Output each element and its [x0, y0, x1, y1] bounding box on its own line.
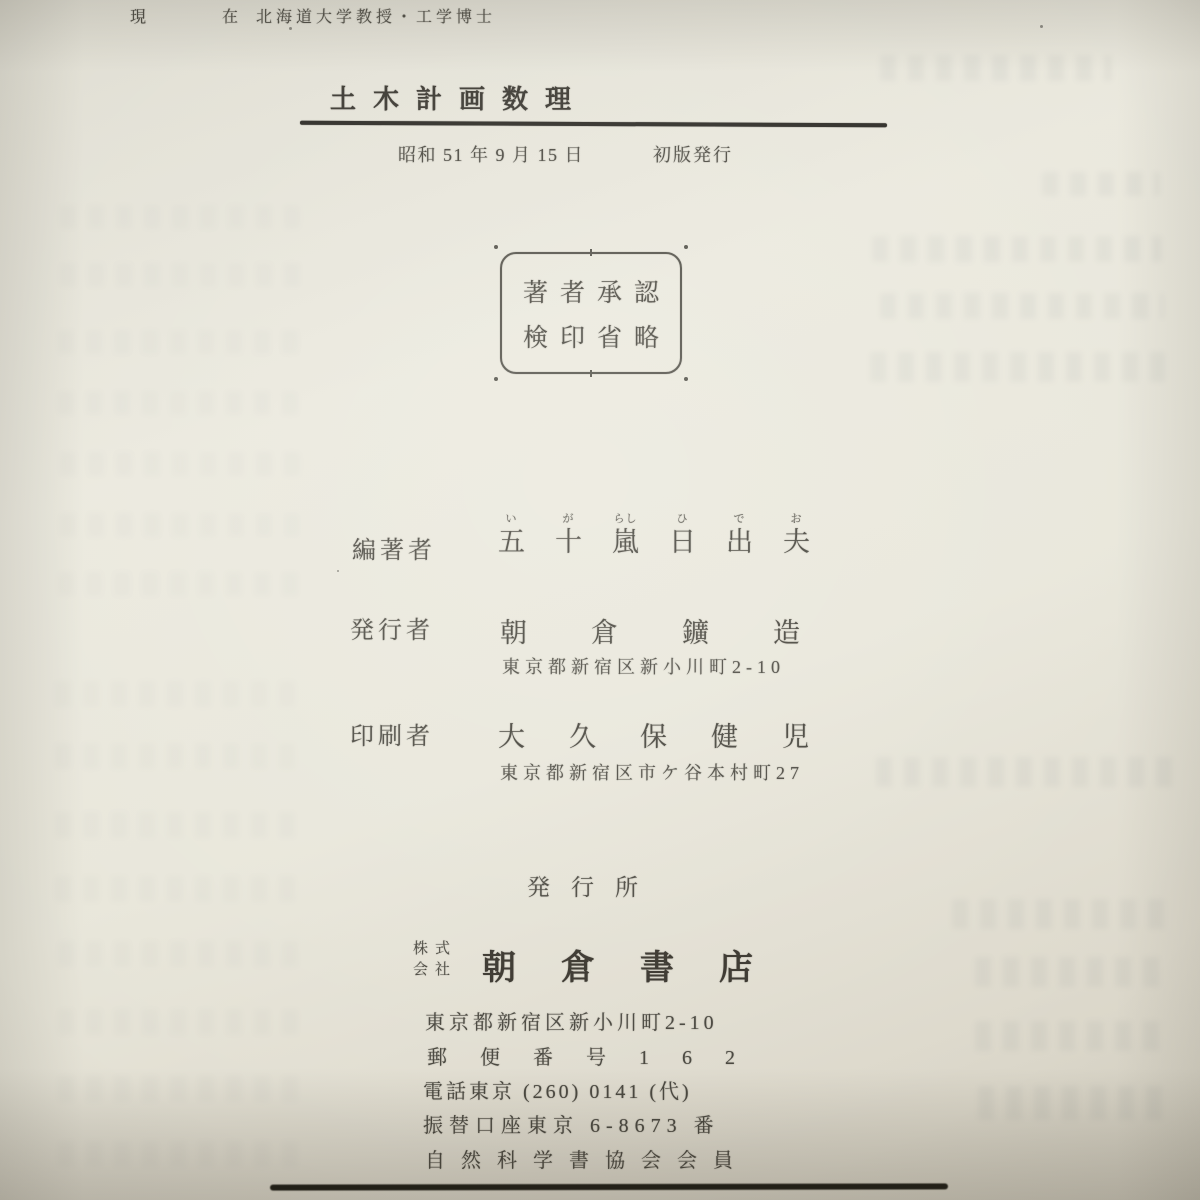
ruby-char: い五: [497, 512, 526, 558]
bleedthrough-row: [58, 1076, 303, 1102]
stamp-corner-dot: [684, 245, 688, 249]
publishing-house-heading: 発行所: [527, 869, 659, 902]
bleedthrough-row: [58, 1141, 303, 1167]
dust-speck: [1040, 25, 1043, 28]
stamp-corner-dot: [684, 377, 688, 381]
bleedthrough-row: [60, 205, 300, 229]
bleedthrough-row: [975, 957, 1165, 987]
book-colophon-photo: 現 在 北海道大学教授・工学博士 土木計画数理 昭和 51 年 9 月 15 日…: [0, 0, 1200, 1200]
editor-name-with-furigana: い五 が十 らし嵐 ひ日 で出 お夫: [497, 512, 811, 558]
bleedthrough-row: [975, 1021, 1165, 1051]
bleedthrough-row: [1042, 172, 1160, 196]
title-rule: [300, 121, 887, 128]
postal-code-line: 郵便番号162: [427, 1041, 768, 1070]
bleedthrough-row: [876, 757, 1176, 787]
bleedthrough-row: [978, 1086, 1168, 1120]
stamp-corner-dot: [494, 245, 498, 249]
bleedthrough-row: [55, 743, 305, 769]
stamp-top-tick: [590, 249, 592, 256]
dust-speck: [289, 27, 292, 30]
bleedthrough-row: [58, 330, 300, 354]
publisher-address: 東京都新宿区新小川町2-10: [502, 653, 785, 679]
bleedthrough-row: [872, 236, 1162, 262]
bleedthrough-row: [55, 681, 305, 707]
bleedthrough-row: [60, 452, 300, 476]
bleedthrough-row: [55, 812, 305, 838]
stamp-line-2: 検印省略: [511, 318, 671, 354]
current-position-text: 北海道大学教授・工学博士: [256, 4, 496, 27]
house-address-line: 東京都新宿区新小川町2-10: [425, 1006, 718, 1035]
stamp-corner-dot: [494, 377, 498, 381]
bottom-rule: [270, 1183, 948, 1190]
approval-stamp: 著者承認 検印省略: [500, 252, 682, 374]
bleedthrough-row: [880, 293, 1164, 319]
bleedthrough-row: [58, 572, 303, 596]
publisher-name: 朝倉鑛造: [500, 611, 864, 650]
bleedthrough-row: [55, 876, 305, 902]
bleedthrough-row: [58, 941, 303, 967]
ruby-char: が十: [554, 512, 583, 558]
publishing-house-name: 朝倉書店: [482, 940, 798, 989]
publisher-role-label: 発行者: [350, 610, 434, 645]
dust-speck: [337, 570, 339, 572]
stamp-bottom-tick: [590, 370, 592, 377]
postal-transfer-account-line: 振替口座東京 6-8673 番: [423, 1109, 720, 1138]
printer-address: 東京都新宿区市ケ谷本村町27: [500, 759, 804, 785]
ruby-char: で出: [725, 512, 754, 558]
bleedthrough-row: [870, 352, 1165, 382]
editor-role-label: 編著者: [352, 530, 436, 565]
ruby-char: らし嵐: [611, 512, 640, 558]
printer-name: 大久保健児: [498, 715, 853, 754]
current-position-word: 現: [130, 4, 146, 27]
bleedthrough-row: [58, 391, 303, 415]
current-position-word: 在: [222, 4, 238, 27]
corporation-type-label: 株式 会社: [413, 939, 457, 981]
publication-date: 昭和 51 年 9 月 15 日: [398, 141, 584, 167]
bleedthrough-row: [60, 263, 308, 287]
bleedthrough-row: [880, 55, 1112, 81]
book-title: 土木計画数理: [330, 79, 588, 116]
bleedthrough-row: [60, 513, 300, 537]
bleedthrough-row: [58, 1009, 303, 1035]
edition-label: 初版発行: [653, 141, 733, 167]
stamp-line-1: 著者承認: [511, 273, 671, 309]
ruby-char: お夫: [782, 512, 811, 558]
ruby-char: ひ日: [668, 512, 697, 558]
association-membership-line: 自然科学書協会会員: [425, 1144, 749, 1173]
printer-role-label: 印刷者: [350, 716, 434, 751]
bleedthrough-row: [952, 899, 1167, 929]
phone-line: 電話東京 (260) 0141 (代): [423, 1075, 692, 1104]
